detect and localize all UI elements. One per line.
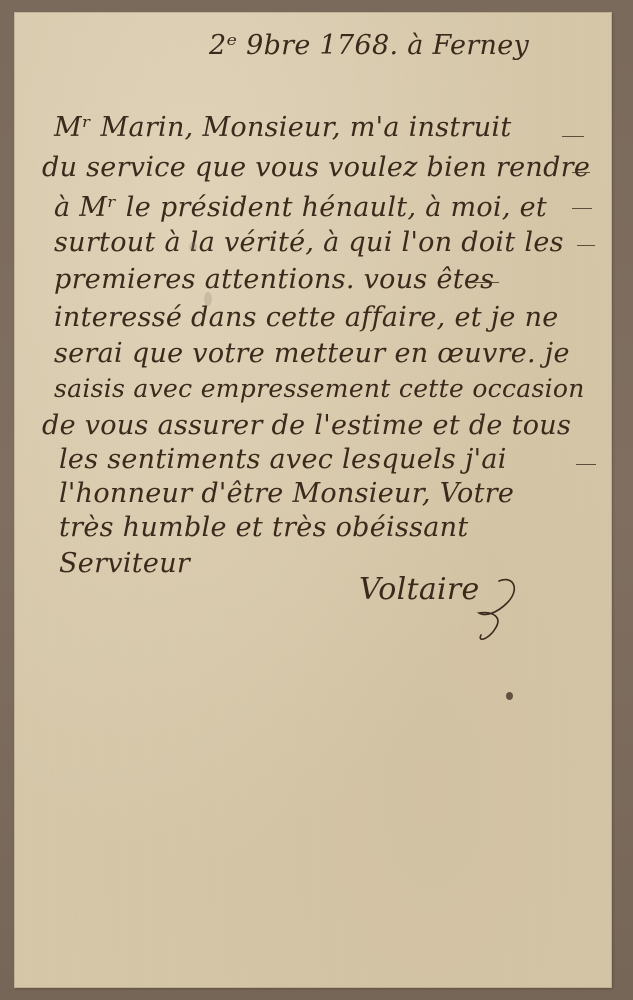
- line-filler-dash: [572, 208, 592, 209]
- ink-spot: [506, 692, 513, 700]
- letter-line-2: du service que vous voulez bien rendre: [42, 152, 590, 183]
- signature-voltaire: Voltaire: [359, 572, 480, 607]
- line-filler-dash: [469, 282, 499, 283]
- letter-line-8: saisis avec empressement cette occasion: [54, 374, 585, 403]
- letter-paper: 2ᵉ 9bre 1768. à Ferney Mʳ Marin, Monsieu…: [14, 12, 612, 988]
- line-filler-dash: [562, 136, 584, 137]
- line-filler-dash: [576, 464, 596, 465]
- date-line: 2ᵉ 9bre 1768. à Ferney: [209, 30, 529, 61]
- letter-line-10: les sentiments avec lesquels j'ai: [59, 444, 507, 475]
- line-filler-dash: [572, 172, 590, 173]
- letter-line-5: premieres attentions. vous êtes: [54, 264, 494, 295]
- closing-serviteur: Serviteur: [59, 548, 190, 579]
- paper-stain: [189, 242, 197, 252]
- letter-line-12: très humble et très obéissant: [59, 512, 469, 543]
- letter-line-3: à Mʳ le président hénault, à moi, et: [54, 192, 547, 223]
- line-filler-dash: [577, 245, 595, 246]
- letter-line-9: de vous assurer de l'estime et de tous: [42, 410, 571, 441]
- letter-line-1: Mʳ Marin, Monsieur, m'a instruit: [54, 112, 512, 143]
- letter-line-6: interessé dans cette affaire, et je ne: [54, 302, 559, 333]
- signature-flourish-icon: [469, 577, 529, 647]
- letter-line-4: surtout à la vérité, à qui l'on doit les: [54, 227, 564, 258]
- paper-stain: [204, 292, 212, 306]
- letter-line-7: serai que votre metteur en œuvre. je: [54, 338, 570, 369]
- letter-line-11: l'honneur d'être Monsieur, Votre: [59, 478, 514, 509]
